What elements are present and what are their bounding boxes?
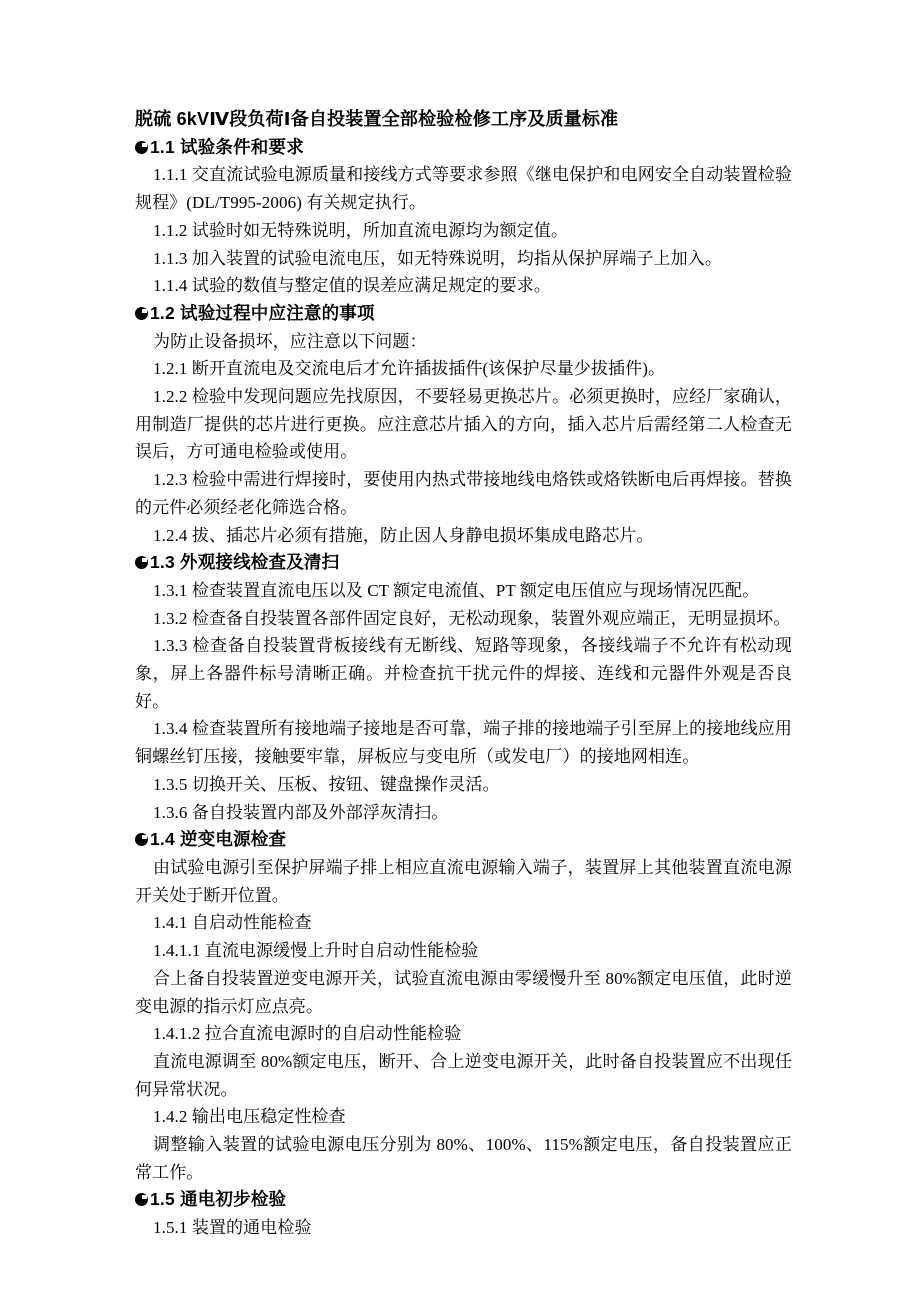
section-heading-label: 1.1 试验条件和要求 [150, 137, 304, 157]
paragraph: 直流电源调至 80%额定电压，断开、合上逆变电源开关，此时备自投装置应不出现任何… [135, 1048, 792, 1103]
paragraph: 1.2.4 拔、插芯片必须有措施，防止因人身静电损坏集成电路芯片。 [135, 522, 792, 550]
section-bullet-icon [135, 307, 148, 320]
paragraph: 1.3.3 检查备自投装置背板接线有无断线、短路等现象，各接线端子不允许有松动现… [135, 632, 792, 715]
section-bullet-icon [135, 1193, 148, 1206]
section-bullet-icon [135, 833, 148, 846]
section-heading: 1.3 外观接线检查及清扫 [135, 549, 792, 577]
paragraph: 1.3.4 检查装置所有接地端子接地是否可靠，端子排的接地端子引至屏上的接地线应… [135, 715, 792, 770]
paragraph: 1.3.1 检查装置直流电压以及 CT 额定电流值、PT 额定电压值应与现场情况… [135, 577, 792, 605]
section-heading: 1.1 试验条件和要求 [135, 134, 792, 162]
section-heading-label: 1.5 通电初步检验 [150, 1189, 286, 1209]
section-heading-label: 1.3 外观接线检查及清扫 [150, 552, 339, 572]
paragraph: 1.2.3 检验中需进行焊接时，要使用内热式带接地线电烙铁或烙铁断电后再焊接。替… [135, 466, 792, 521]
section-heading-label: 1.2 试验过程中应注意的事项 [150, 303, 375, 323]
paragraph: 1.3.6 备自投装置内部及外部浮灰清扫。 [135, 799, 792, 827]
paragraph: 1.1.2 试验时如无特殊说明，所加直流电源均为额定值。 [135, 217, 792, 245]
paragraph: 1.4.1 自启动性能检查 [135, 909, 792, 937]
section-bullet-icon [135, 556, 148, 569]
paragraph: 1.4.1.2 拉合直流电源时的自启动性能检验 [135, 1020, 792, 1048]
paragraph: 1.2.1 断开直流电及交流电后才允许插拔插件(该保护尽量少拔插件)。 [135, 355, 792, 383]
paragraph: 1.2.2 检验中发现问题应先找原因，不要轻易更换芯片。必须更换时，应经厂家确认… [135, 383, 792, 466]
paragraph: 1.4.1.1 直流电源缓慢上升时自启动性能检验 [135, 937, 792, 965]
section-heading: 1.4 逆变电源检查 [135, 826, 792, 854]
paragraph: 由试验电源引至保护屏端子排上相应直流电源输入端子，装置屏上其他装置直流电源开关处… [135, 854, 792, 909]
section-heading: 1.2 试验过程中应注意的事项 [135, 300, 792, 328]
paragraph: 为防止设备损坏，应注意以下问题： [135, 328, 792, 356]
paragraph: 1.1.1 交直流试验电源质量和接线方式等要求参照《继电保护和电网安全自动装置检… [135, 161, 792, 216]
section-heading-label: 1.4 逆变电源检查 [150, 829, 286, 849]
paragraph: 调整输入装置的试验电源电压分别为 80%、100%、115%额定电压，备自投装置… [135, 1131, 792, 1186]
document-page: 脱硫 6kVⅣ段负荷Ⅰ备自投装置全部检验检修工序及质量标准 1.1 试验条件和要… [0, 0, 920, 1302]
paragraph: 1.5.1 装置的通电检验 [135, 1214, 792, 1242]
paragraph: 1.4.2 输出电压稳定性检查 [135, 1103, 792, 1131]
section-heading: 1.5 通电初步检验 [135, 1186, 792, 1214]
paragraph: 1.1.4 试验的数值与整定值的误差应满足规定的要求。 [135, 272, 792, 300]
paragraph: 1.1.3 加入装置的试验电流电压，如无特殊说明，均指从保护屏端子上加入。 [135, 245, 792, 273]
paragraph: 1.3.2 检查备自投装置各部件固定良好，无松动现象，装置外观应端正，无明显损坏… [135, 605, 792, 633]
section-bullet-icon [135, 141, 148, 154]
paragraph: 合上备自投装置逆变电源开关，试验直流电源由零缓慢升至 80%额定电压值，此时逆变… [135, 965, 792, 1020]
paragraph: 1.3.5 切换开关、压板、按钮、键盘操作灵活。 [135, 771, 792, 799]
document-body: 1.1 试验条件和要求1.1.1 交直流试验电源质量和接线方式等要求参照《继电保… [135, 134, 792, 1242]
document-title: 脱硫 6kVⅣ段负荷Ⅰ备自投装置全部检验检修工序及质量标准 [135, 106, 792, 134]
